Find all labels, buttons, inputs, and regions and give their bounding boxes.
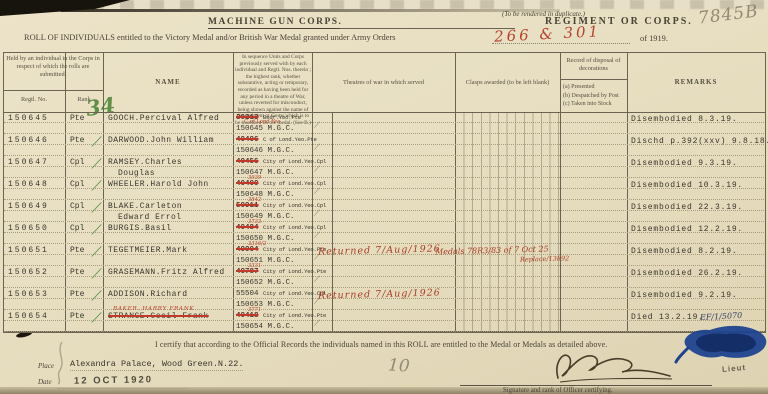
prior-regtl-no: 55504	[236, 290, 259, 298]
prior-regtl-no: 40418	[236, 312, 259, 320]
red-number-annotation: 3939	[248, 175, 261, 181]
row-regtl-no: 150646	[8, 136, 49, 145]
row-name: DARWOOD.John William	[108, 136, 214, 145]
place-value: Alexandra Palace, Wood Green.N.22.	[70, 359, 243, 371]
signature-scrawl	[552, 348, 692, 388]
header-disposal-items: (a) Presented (b) Despatched by Post (c)…	[563, 83, 626, 109]
row-mgc-number: 150646 M.G.C.	[236, 147, 295, 155]
row-mgc-number: 150652 M.G.C.	[236, 279, 295, 287]
header-clasps: Clasps awarded (to be left blank)	[457, 79, 558, 87]
row-remark: Disembodied 8.2.19.	[631, 247, 737, 256]
row-prior-service: 40406 C of Lond.Yeo.Pte	[236, 136, 317, 144]
prior-regtl-no: 40456	[236, 158, 259, 166]
row-name-line2: Douglas	[118, 169, 155, 178]
row-name: BLAKE.Carleton	[108, 202, 182, 211]
green-tick-mark: ∕	[94, 308, 100, 328]
row-mgc-number: 150648 M.G.C.	[236, 191, 295, 199]
table-row: 150654Pte∕STRANGE.Cecil FrankBAKER. HARR…	[0, 310, 768, 332]
header-rank: Rank	[65, 96, 103, 104]
row-remark: Disembodied 12.2.19.	[631, 225, 743, 234]
row-name: BURGIS.Basil	[108, 224, 172, 233]
prior-regtl-no: 40484	[236, 224, 259, 232]
row-regtl-no: 150650	[8, 224, 49, 233]
date-label: Date	[38, 378, 52, 386]
pencil-slash-mark: ∕	[315, 208, 318, 219]
table-row: 150646Pte∕DARWOOD.John William40406 C of…	[0, 134, 768, 156]
row-name: GRASEMANN.Fritz Alfred	[108, 268, 225, 277]
green-tick-mark: ∕	[94, 220, 100, 240]
pencil-slash-mark: ∕	[315, 186, 318, 197]
row-remark: Disembodied 8.3.19.	[631, 115, 737, 124]
ruled-line	[340, 28, 515, 29]
table-row: 150645PteGOOCH.Percival Alfred30213 Bedf…	[0, 112, 768, 134]
table-row: 150649Cpl∕BLAKE.CarletonEdward Errol5091…	[0, 200, 768, 222]
certification-text: I certify that according to the Official…	[155, 340, 607, 349]
row-regtl-no: 150645	[8, 114, 49, 123]
row-rank: Cpl	[70, 224, 84, 233]
header-regtl-no: Regtl. No.	[5, 96, 63, 104]
green-tick-mark: ∕	[94, 176, 100, 196]
red-replace-note: Replace/13892	[520, 254, 569, 263]
table-row: 150647Cpl∕RAMSEY.CharlesDouglas40456 Cit…	[0, 156, 768, 178]
row-rank: Pte	[70, 246, 84, 255]
pencil-slash-mark: ∕	[315, 318, 318, 329]
red-number-annotation: 3771	[248, 307, 261, 313]
row-prior-service: 40484 City of Lond.Yeo.Cpl	[236, 224, 326, 232]
row-prior-service: 40400 City of Lond.Yeo.Cpl	[236, 180, 326, 188]
pencil-slash-mark: ∕	[315, 164, 318, 175]
prior-regtl-no: 40004	[236, 246, 259, 254]
row-prior-service: 40004 City of Lond.Yeo.Pte	[236, 246, 326, 254]
table-row: 150651Pte∕TEGETMEIER.Mark40004 City of L…	[0, 244, 768, 266]
disposal-item-a: (a) Presented	[563, 83, 626, 92]
green-tick-mark: ∕	[94, 242, 100, 262]
green-tick-mark: ∕	[94, 154, 100, 174]
roll-title-line: ROLL OF INDIVIDUALS entitled to the Vict…	[24, 33, 396, 42]
green-tick-mark: ∕	[94, 132, 100, 152]
of-year-text: of 1919.	[640, 34, 668, 43]
disposal-divider	[561, 79, 627, 80]
row-regtl-no: 150651	[8, 246, 49, 255]
row-rank: Pte	[70, 114, 84, 123]
table-row: 150652Pte∕GRASEMANN.Fritz Alfred40787 Ci…	[0, 266, 768, 288]
row-prior-service: 40456 City of Lond.Yeo.Cpl	[236, 158, 326, 166]
red-returned-note: Returned 7/Aug/1926	[318, 287, 441, 301]
red-number-annotation: 3331	[248, 263, 261, 269]
pencil-slash-mark: ∕	[315, 274, 318, 285]
row-rank: Cpl	[70, 158, 84, 167]
table-row: 150650Cpl∕BURGIS.Basil40484 City of Lond…	[0, 222, 768, 244]
prior-regtl-no: 50911	[236, 202, 259, 210]
pencil-scribble	[52, 340, 72, 385]
row-prior-service: 55504 City of Lond.Yeo.Cpl	[236, 290, 326, 298]
row-regtl-no: 150653	[8, 290, 49, 299]
pencil-page-number: 10	[387, 355, 410, 376]
red-returned-note: Returned 7/Aug/1926	[318, 243, 441, 257]
row-name: ADDISON.Richard	[108, 290, 188, 299]
row-name: TEGETMEIER.Mark	[108, 246, 188, 255]
row-rank: Pte	[70, 290, 84, 299]
row-remark: Disembodied 10.3.19.	[631, 181, 743, 190]
date-stamp: 12 OCT 1920	[74, 374, 153, 386]
red-correction-name: BAKER. HARRY FRANK	[113, 306, 194, 312]
header-remarks: REMARKS	[627, 78, 765, 87]
pencil-slash-mark: ∕	[315, 230, 318, 241]
corps-title: MACHINE GUN CORPS.	[208, 17, 342, 29]
row-regtl-no: 150648	[8, 180, 49, 189]
red-number-annotation: 3733	[248, 219, 261, 225]
prior-regtl-no: 40787	[236, 268, 259, 276]
red-number-annotation: 3316/2	[248, 241, 266, 247]
row-regtl-no: 150652	[8, 268, 49, 277]
row-mgc-number: 150654 M.G.C.	[236, 323, 295, 331]
row-mgc-number: 150647 M.G.C.	[236, 169, 295, 177]
row-name-line2: Edward Errol	[118, 213, 182, 222]
signature-caption: Signature and rank of Officer certifying…	[503, 387, 613, 394]
disposal-item-b: (b) Despatched by Post	[563, 92, 626, 101]
green-tick-mark: ∕	[94, 198, 100, 218]
pencil-slash-mark: ∕	[315, 142, 318, 153]
row-remark: Dischd p.392(xxv) 9.8.18.	[631, 137, 768, 146]
row-regtl-no: 150649	[8, 202, 49, 211]
row-regtl-no: 150647	[8, 158, 49, 167]
row-rank: Cpl	[70, 180, 84, 189]
row-rank: Pte	[70, 136, 84, 145]
green-tick-mark: ∕	[94, 286, 100, 306]
header-disposal: Record of disposal of decorations	[562, 57, 625, 73]
row-rank: Pte	[70, 268, 84, 277]
row-prior-service: 50911 City of Lond.Yeo.Cpl	[236, 202, 326, 210]
row-mgc-number: 150645 M.G.C.	[236, 125, 295, 133]
paper-edge-shadow	[60, 9, 560, 12]
prior-regtl-no: 40400	[236, 180, 259, 188]
header-name: NAME	[103, 78, 233, 87]
row-remark: Disembodied 22.3.19.	[631, 203, 743, 212]
medal-roll-document: (To be rendered in duplicate.) MACHINE G…	[0, 0, 768, 394]
green-tick-mark: ∕	[94, 264, 100, 284]
row-remark: Disembodied 9.2.19.	[631, 291, 737, 300]
ink-blot	[676, 324, 768, 366]
table-border-top	[3, 52, 766, 53]
row-mgc-number: 150651 M.G.C.	[236, 257, 295, 265]
row-prior-service: 40418 City of Lond.Yeo.Pte	[236, 312, 326, 320]
disposal-item-c: (c) Taken into Stock	[563, 100, 626, 109]
prior-unit: C of Lond.Yeo.Pte	[263, 136, 317, 143]
pencil-slash-mark: ∕	[315, 120, 318, 131]
row-remark: Died 13.2.19.	[631, 313, 704, 322]
row-mgc-number: 150649 M.G.C.	[236, 213, 295, 221]
row-remark: Disembodied 9.3.19.	[631, 159, 737, 168]
row-name: RAMSEY.Charles	[108, 158, 182, 167]
row-rank: Cpl	[70, 202, 84, 211]
row-name: STRANGE.Cecil Frank	[108, 312, 209, 321]
row-prior-service: 40787 City of Lond.Yeo.Pte	[236, 268, 326, 276]
row-regtl-no: 150654	[8, 312, 49, 321]
red-number-annotation: 3842	[248, 197, 261, 203]
date-blank-line	[58, 388, 188, 389]
row-rank: Pte	[70, 312, 84, 321]
header-held-by: Held by an individual in the Corps in re…	[6, 55, 100, 79]
table-row: 150648Cpl∕WHEELER.Harold John40400 City …	[0, 178, 768, 200]
row-name: GOOCH.Percival Alfred	[108, 114, 219, 123]
header-divider	[3, 90, 103, 91]
row-rule	[4, 331, 764, 332]
row-mgc-number: 150653 M.G.C.	[236, 301, 295, 309]
row-remark: Disembodied 26.2.19.	[631, 269, 743, 278]
header-theatre: Theatres of war in which served	[314, 79, 453, 87]
prior-regtl-no: 40406	[236, 136, 259, 144]
row-name: WHEELER.Harold John	[108, 180, 209, 189]
